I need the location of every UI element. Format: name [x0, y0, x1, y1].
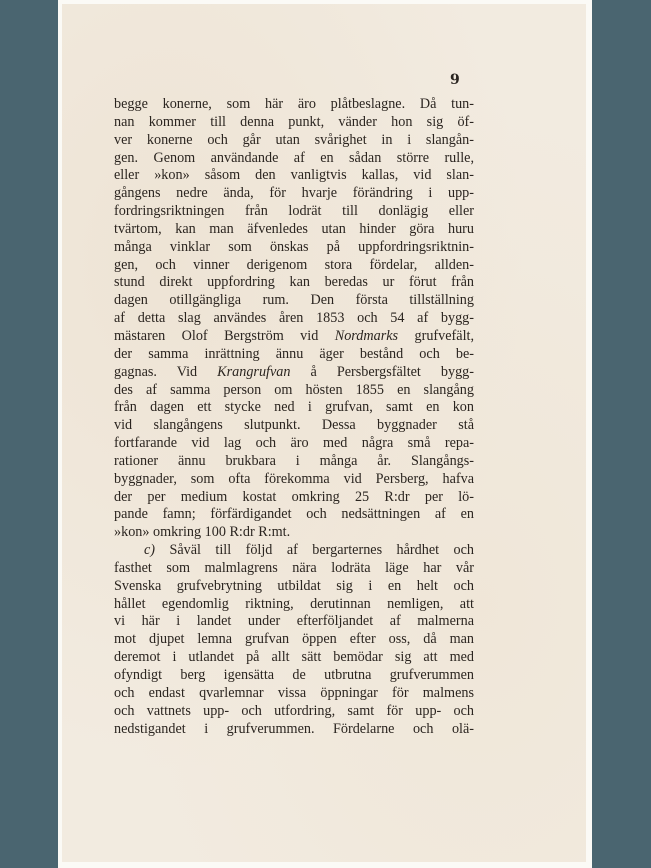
text-line: gångens nedre ända, för hvarje förändrin…	[114, 185, 474, 203]
text-line: mot djupet lemna grufvan öppen efter oss…	[114, 631, 474, 649]
text-line: nan kommer till denna punkt, vänder hon …	[114, 114, 474, 132]
text-run: å Persbergsfältet bygg-	[290, 364, 474, 380]
text-line: ver konerne och går utan svårighet in i …	[114, 132, 474, 150]
text-line: hållet egendomlig riktning, derutinnan n…	[114, 596, 474, 614]
text-line: »kon» omkring 100 R:dr R:mt.	[114, 524, 474, 542]
text-line: gen. Genom användande af en sådan större…	[114, 150, 474, 168]
body-text: begge konerne, som här äro plåtbeslagne.…	[114, 96, 474, 738]
text-line: begge konerne, som här äro plåtbeslagne.…	[114, 96, 474, 114]
page-number: 9	[450, 72, 460, 88]
text-line: der samma inrättning ännu äger bestånd o…	[114, 346, 474, 364]
text-line: des af samma person om hösten 1855 en sl…	[114, 382, 474, 400]
text-run: Såväl till följd af bergarternes hårdhet…	[155, 542, 474, 558]
text-line: eller »kon» såsom den vanligtvis kallas,…	[114, 167, 474, 185]
italic-text: Nordmarks	[335, 328, 398, 344]
text-line: och endast qvarlemnar vissa öppningar fö…	[114, 685, 474, 703]
text-line: gagnas. Vid Krangrufvan å Persbergsfälte…	[114, 364, 474, 382]
text-line: och vattnets upp- och utfordring, samt f…	[114, 703, 474, 721]
italic-text: Krangrufvan	[217, 364, 290, 380]
text-run: grufvefält,	[398, 328, 474, 344]
book-page: 9 begge konerne, som här äro plåtbeslagn…	[62, 4, 586, 862]
text-line: pande famn; förfärdigandet och nedsättni…	[114, 506, 474, 524]
text-line: fordringsriktningen från lodrät till don…	[114, 203, 474, 221]
text-line: fasthet som malmlagrens nära lodräta läg…	[114, 560, 474, 578]
text-line: dagen otillgängliga rum. Den första till…	[114, 292, 474, 310]
text-line: från dagen ett stycke ned i grufvan, sam…	[114, 399, 474, 417]
text-line: fortfarande vid lag och äro med några sm…	[114, 435, 474, 453]
text-line: ofyndigt berg igensätta de utbrutna gruf…	[114, 667, 474, 685]
text-line: vid slangångens slutpunkt. Dessa byggnad…	[114, 417, 474, 435]
text-line: gen, och vinner derigenom stora fördelar…	[114, 257, 474, 275]
text-line: der per medium kostat omkring 25 R:dr pe…	[114, 489, 474, 507]
text-line: mästaren Olof Bergström vid Nordmarks gr…	[114, 328, 474, 346]
text-line: byggnader, som ofta förekomma vid Persbe…	[114, 471, 474, 489]
italic-text: c)	[144, 542, 155, 558]
text-run: gagnas. Vid	[114, 364, 217, 380]
text-line: c) Såväl till följd af bergarternes hård…	[114, 542, 474, 560]
text-line: Svenska grufvebrytning utbildat sig i en…	[114, 578, 474, 596]
text-line: många vinklar som önskas på uppfordrings…	[114, 239, 474, 257]
text-line: stund direkt uppfordring kan beredas ur …	[114, 274, 474, 292]
text-line: vi här i landet under efterföljandet af …	[114, 613, 474, 631]
text-run: mästaren Olof Bergström vid	[114, 328, 335, 344]
text-line: nedstigandet i grufverummen. Fördelarne …	[114, 721, 474, 739]
text-line: rationer ännu brukbara i många år. Slang…	[114, 453, 474, 471]
text-line: tvärtom, kan man äfvenledes utan hinder …	[114, 221, 474, 239]
text-line: deremot i utlandet på allt sätt bemödar …	[114, 649, 474, 667]
page-frame: 9 begge konerne, som här äro plåtbeslagn…	[58, 0, 592, 868]
text-line: af detta slag användes åren 1853 och 54 …	[114, 310, 474, 328]
